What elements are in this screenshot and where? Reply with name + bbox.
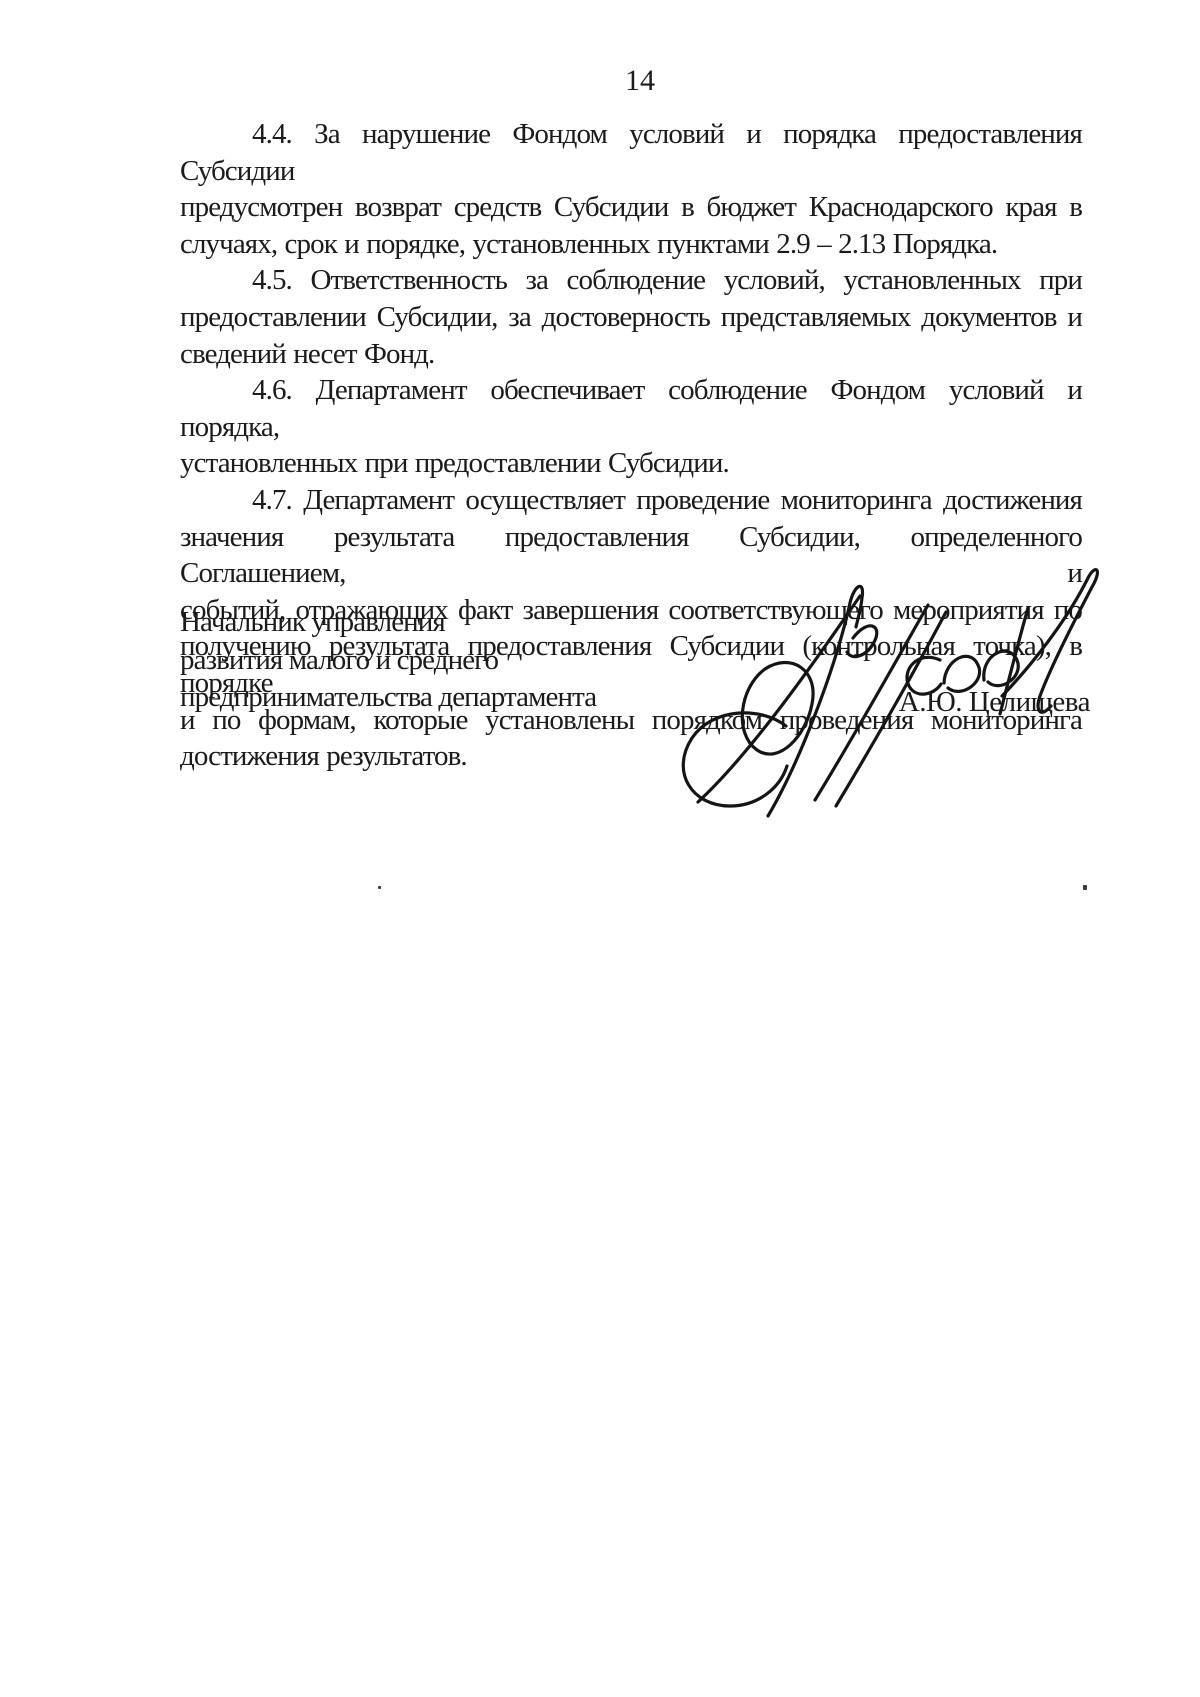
body-line: установленных при предоставлении Субсиди… [180,445,1082,482]
body-line: предоставлении Субсидии, за достоверност… [180,299,1082,336]
document-page: 14 4.4. За нарушение Фондом условий и по… [0,0,1200,1697]
page-number: 14 [590,64,690,98]
paragraph: 4.5. Ответственность за соблюдение услов… [180,262,1082,372]
body-line: предусмотрен возврат средств Субсидии в … [180,189,1082,226]
signer-name: А.Ю. Целищева [899,686,1090,719]
body-line: 4.7. Департамент осуществляет проведение… [180,482,1082,519]
body-line: сведений несет Фонд. [180,336,1082,373]
paragraph: 4.6. Департамент обеспечивает соблюдение… [180,372,1082,482]
scan-speck [1083,885,1087,890]
body-line: 4.6. Департамент обеспечивает соблюдение… [180,372,1082,445]
scan-speck [378,886,381,889]
handwritten-signature-icon [640,548,1100,818]
body-line: случаях, срок и порядке, установленных п… [180,226,1082,263]
body-line: 4.5. Ответственность за соблюдение услов… [180,262,1082,299]
body-line: 4.4. За нарушение Фондом условий и поряд… [180,116,1082,189]
paragraph: 4.4. За нарушение Фондом условий и поряд… [180,116,1082,262]
